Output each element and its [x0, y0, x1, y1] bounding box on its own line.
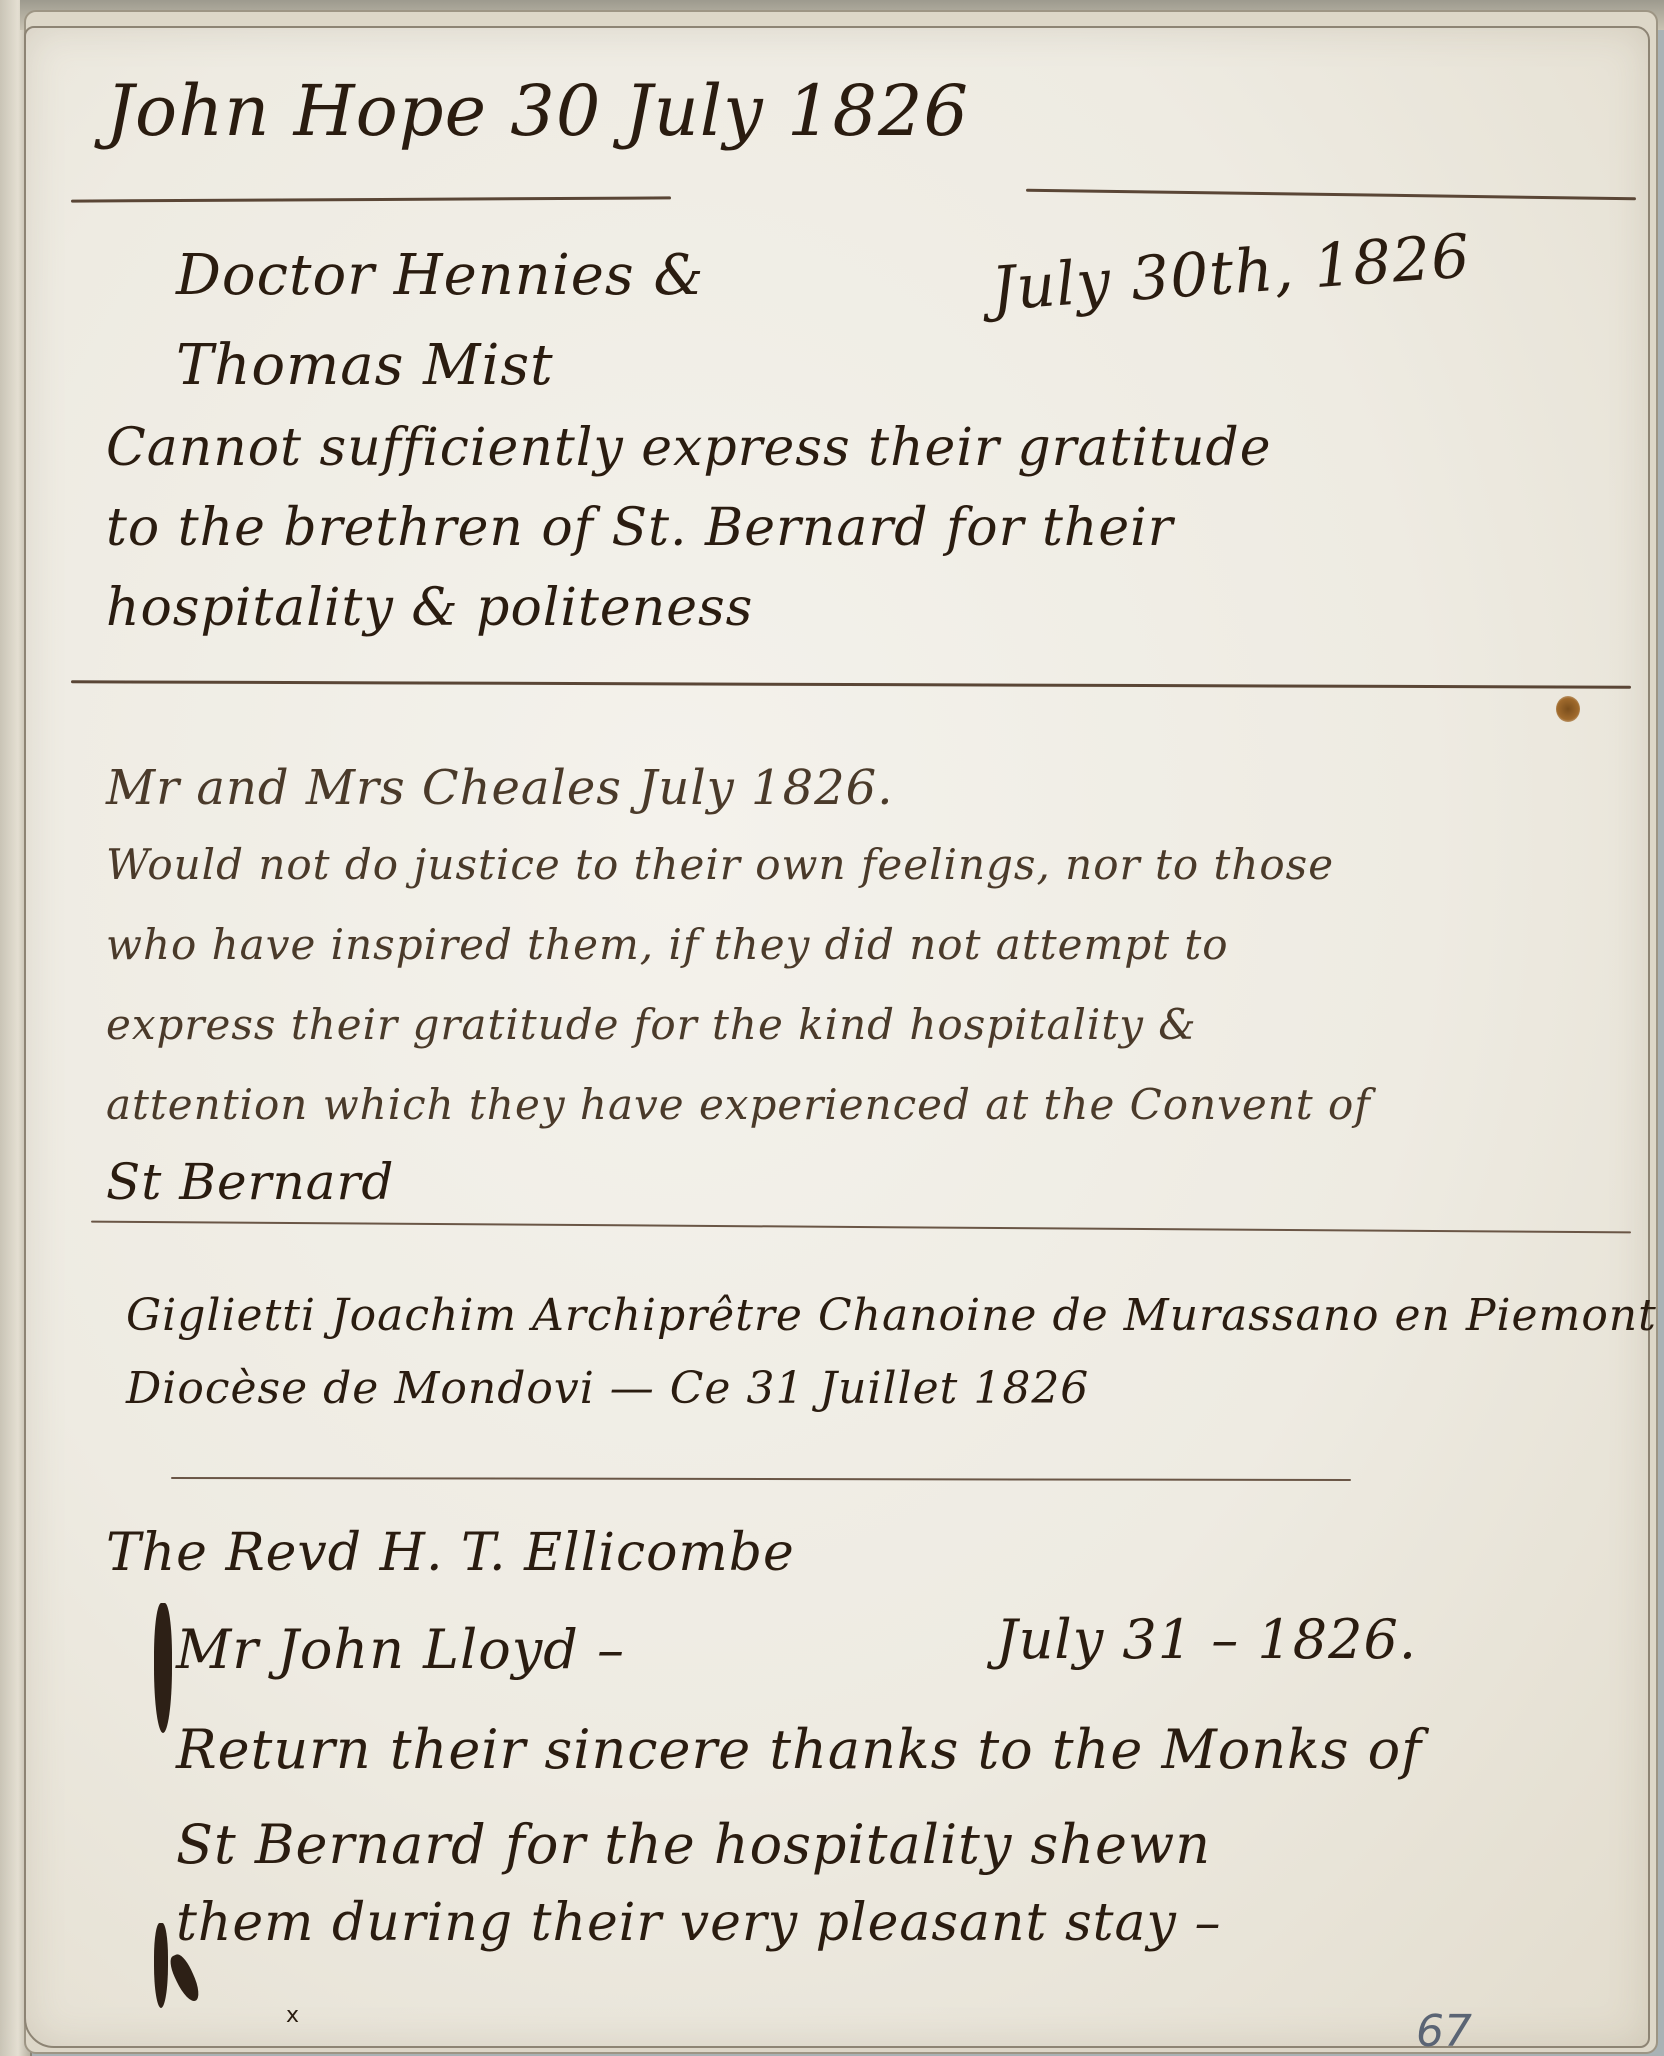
entry-hennies-text-line: hospitality & politeness: [106, 578, 753, 638]
entry-cheales-header: Mr and Mrs Cheales July 1826.: [106, 760, 893, 816]
entry-hennies-date: July 30th, 1826: [989, 221, 1473, 324]
entry-cheales-text-line: express their gratitude for the kind hos…: [106, 1000, 1197, 1049]
divider-rule: [1026, 189, 1636, 201]
entry-john-hope: John Hope 30 July 1826: [106, 70, 969, 152]
entry-ellicombe-name: The Revd H. T. Ellicombe: [106, 1523, 795, 1583]
entry-lloyd-text-line: them during their very pleasant stay –: [176, 1893, 1221, 1953]
entry-hennies-names-2: Thomas Mist: [176, 333, 554, 398]
divider-rule: [171, 1477, 1351, 1481]
entry-cheales-text-line: Would not do justice to their own feelin…: [106, 840, 1334, 889]
ink-blot: [166, 1952, 203, 2005]
ink-blot: [154, 1923, 168, 2008]
entry-hennies-text-line: Cannot sufficiently express their gratit…: [106, 418, 1271, 478]
entry-hennies-text-line: to the brethren of St. Bernard for their: [106, 498, 1174, 558]
manuscript-page: John Hope 30 July 1826 Doctor Hennies & …: [24, 26, 1650, 2048]
ink-blot: [154, 1603, 172, 1733]
entry-cheales-text-line: St Bernard: [106, 1153, 394, 1211]
entry-lloyd-text-line: Return their sincere thanks to the Monks…: [176, 1718, 1422, 1781]
entry-giglietti-line: Diocèse de Mondovi — Ce 31 Juillet 1826: [126, 1363, 1089, 1414]
entry-cheales-text-line: who have inspired them, if they did not …: [106, 920, 1229, 969]
page-number: 67: [1416, 2006, 1472, 2056]
divider-rule: [71, 196, 671, 202]
cross-mark: x: [286, 2003, 299, 2028]
divider-rule: [91, 1221, 1631, 1234]
divider-rule: [71, 680, 1631, 688]
entry-lloyd-text-line: St Bernard for the hospitality shewn: [176, 1813, 1211, 1876]
entry-giglietti-line: Giglietti Joachim Archiprêtre Chanoine d…: [126, 1290, 1657, 1341]
rust-stain: [1556, 696, 1580, 722]
entry-lloyd-date: July 31 – 1826.: [996, 1608, 1417, 1671]
entry-hennies-names: Doctor Hennies &: [176, 243, 704, 308]
entry-lloyd-name: Mr John Lloyd –: [176, 1618, 625, 1681]
entry-cheales-text-line: attention which they have experienced at…: [106, 1080, 1371, 1129]
